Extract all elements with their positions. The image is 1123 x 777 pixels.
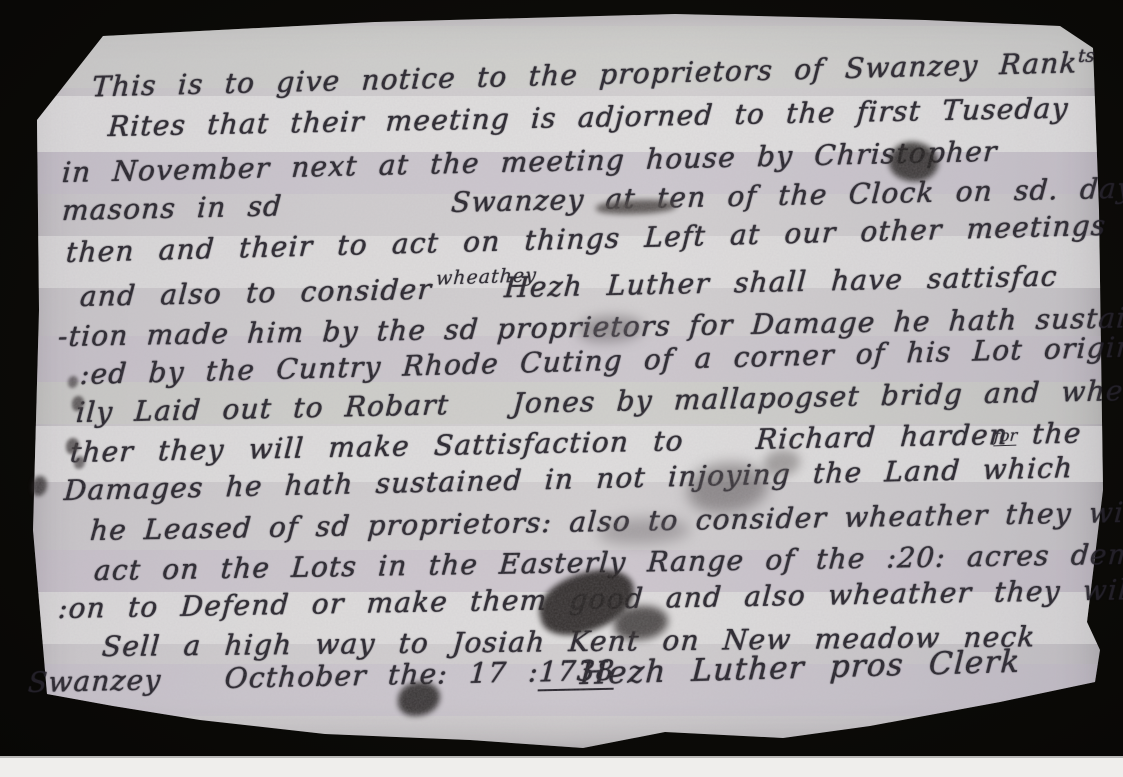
scanned-document-page: This is to give notice to the proprietor… bbox=[0, 0, 1123, 777]
scan-margin bbox=[0, 756, 1123, 777]
interlinear-insertion: wheathey bbox=[435, 264, 537, 290]
superscript-text: ts bbox=[1077, 45, 1095, 66]
interlinear-insertion: for bbox=[993, 426, 1018, 447]
